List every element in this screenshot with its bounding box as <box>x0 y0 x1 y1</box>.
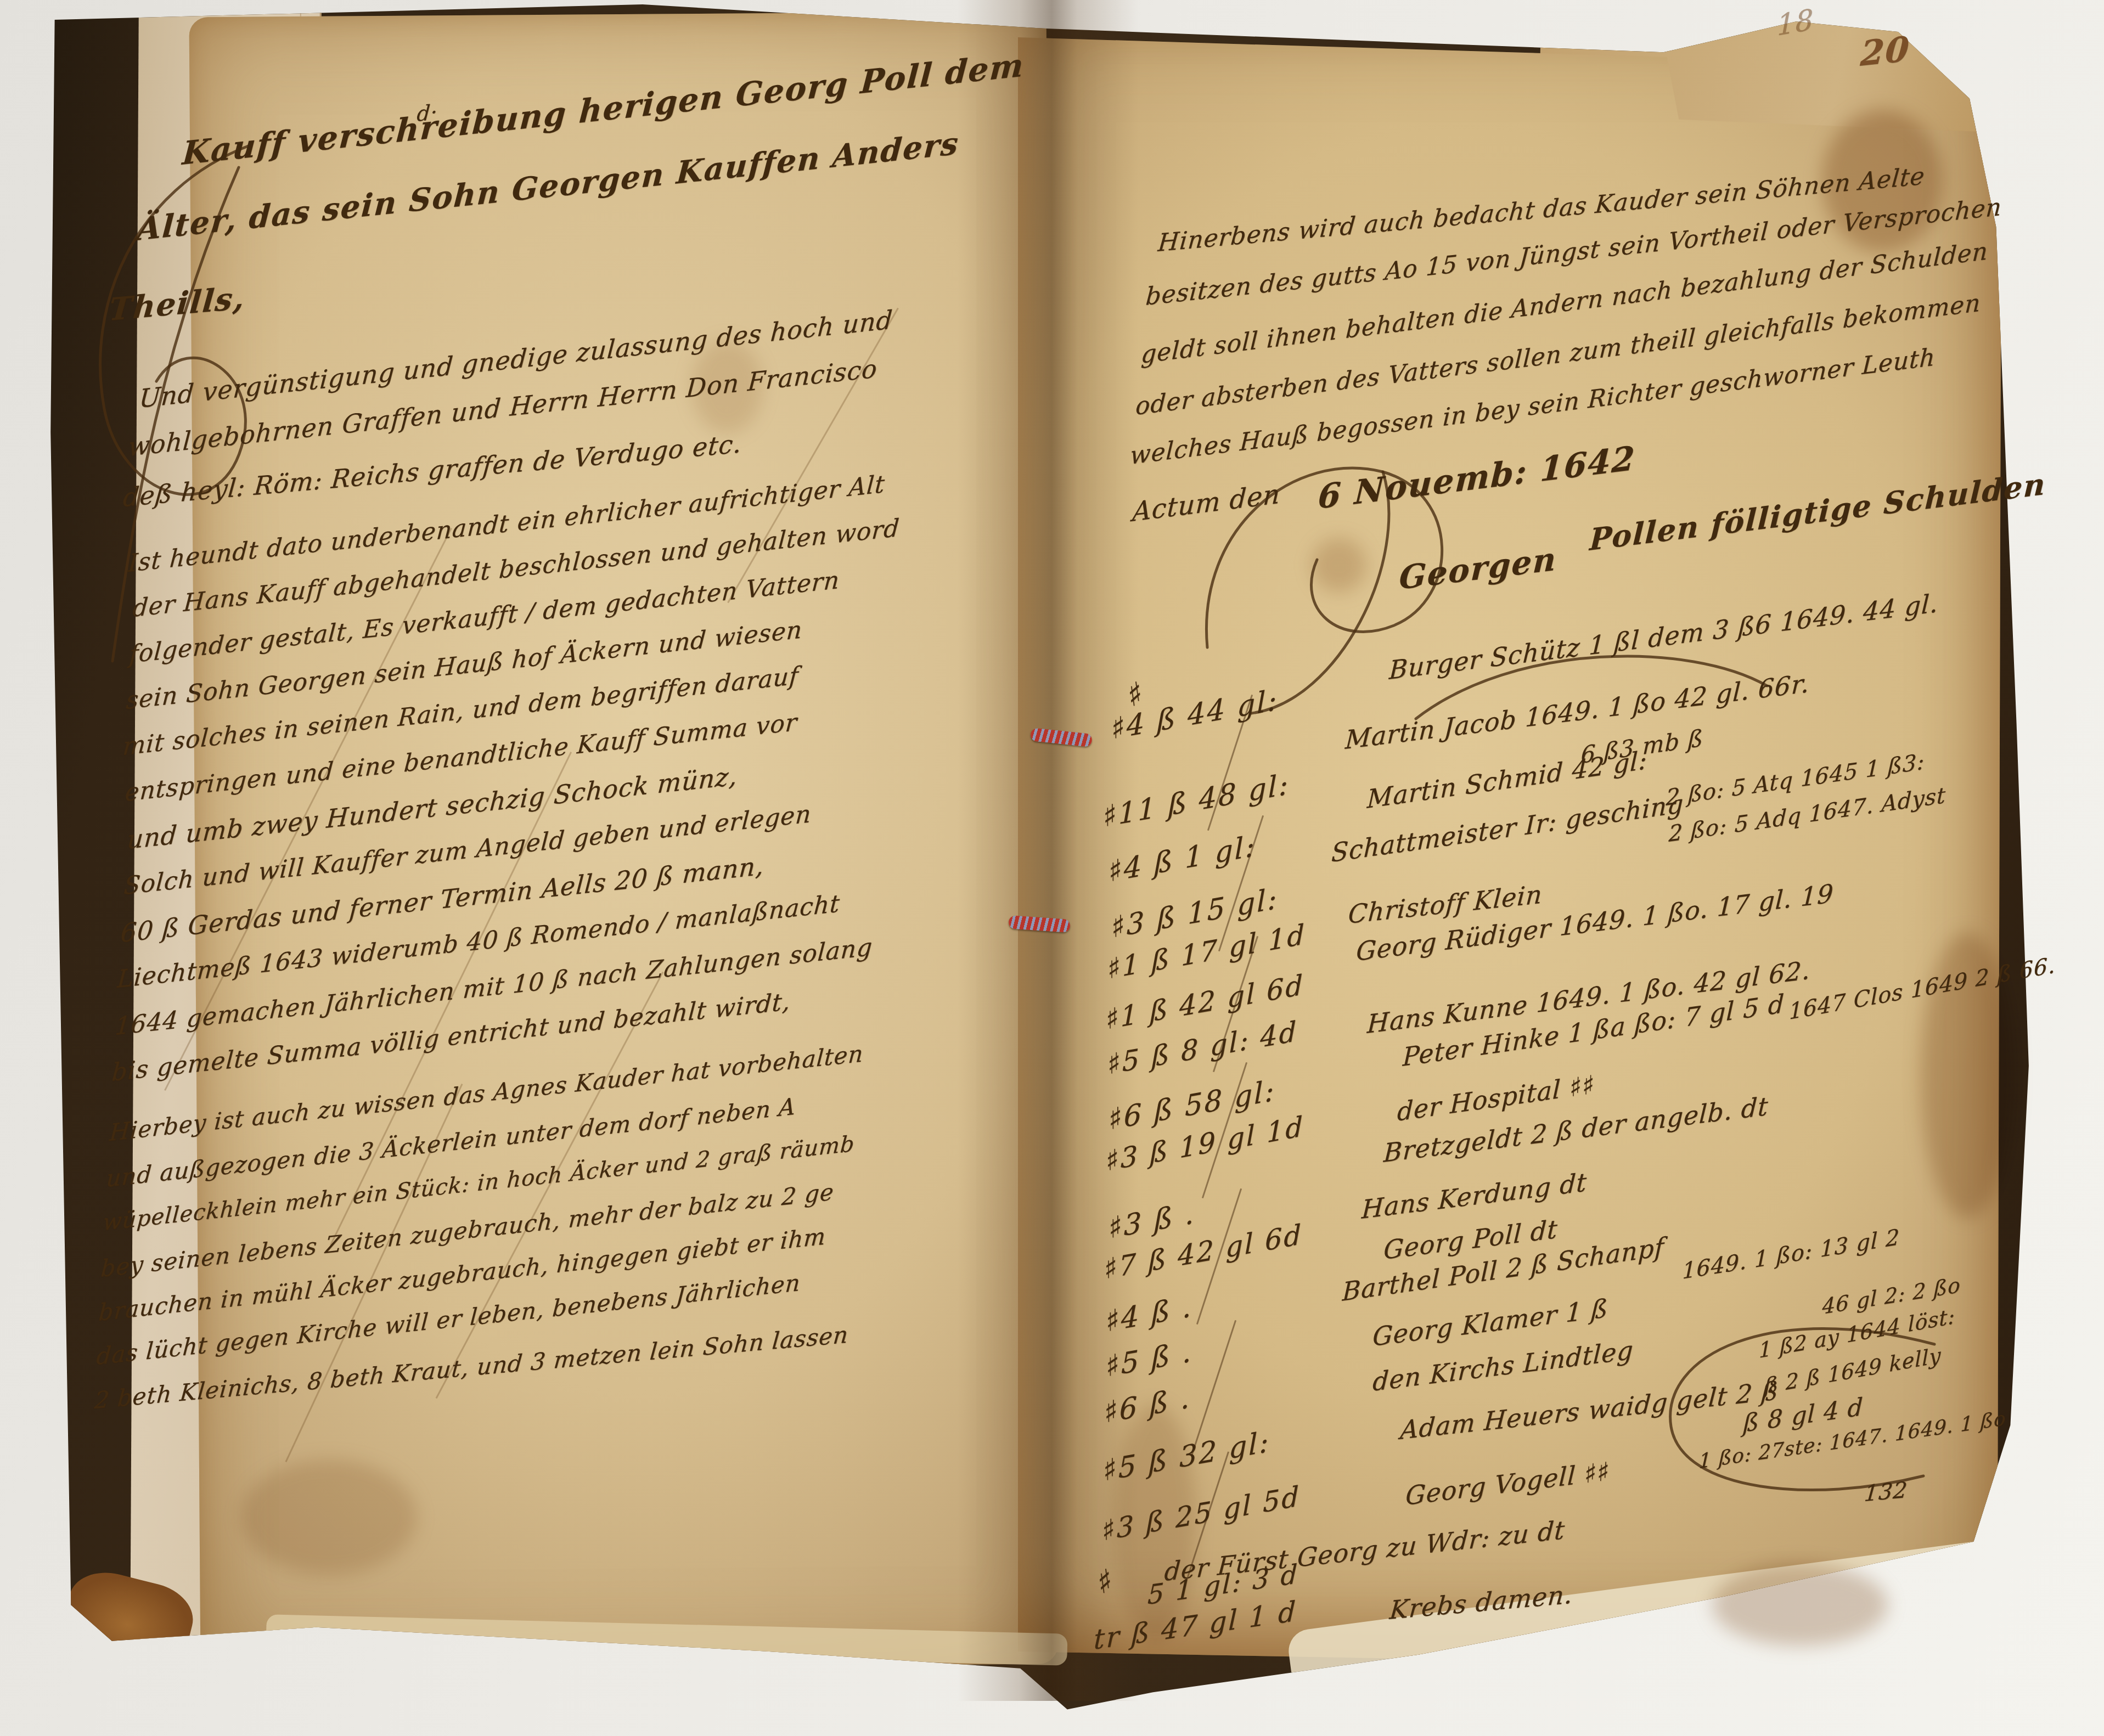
left-page <box>189 12 1058 1670</box>
right-page <box>1018 24 2001 1668</box>
book-cover <box>30 4 2072 1716</box>
open-ledger-book-photo: 20 18 d· Kauff verschreibung herigen Geo… <box>0 0 2104 1736</box>
